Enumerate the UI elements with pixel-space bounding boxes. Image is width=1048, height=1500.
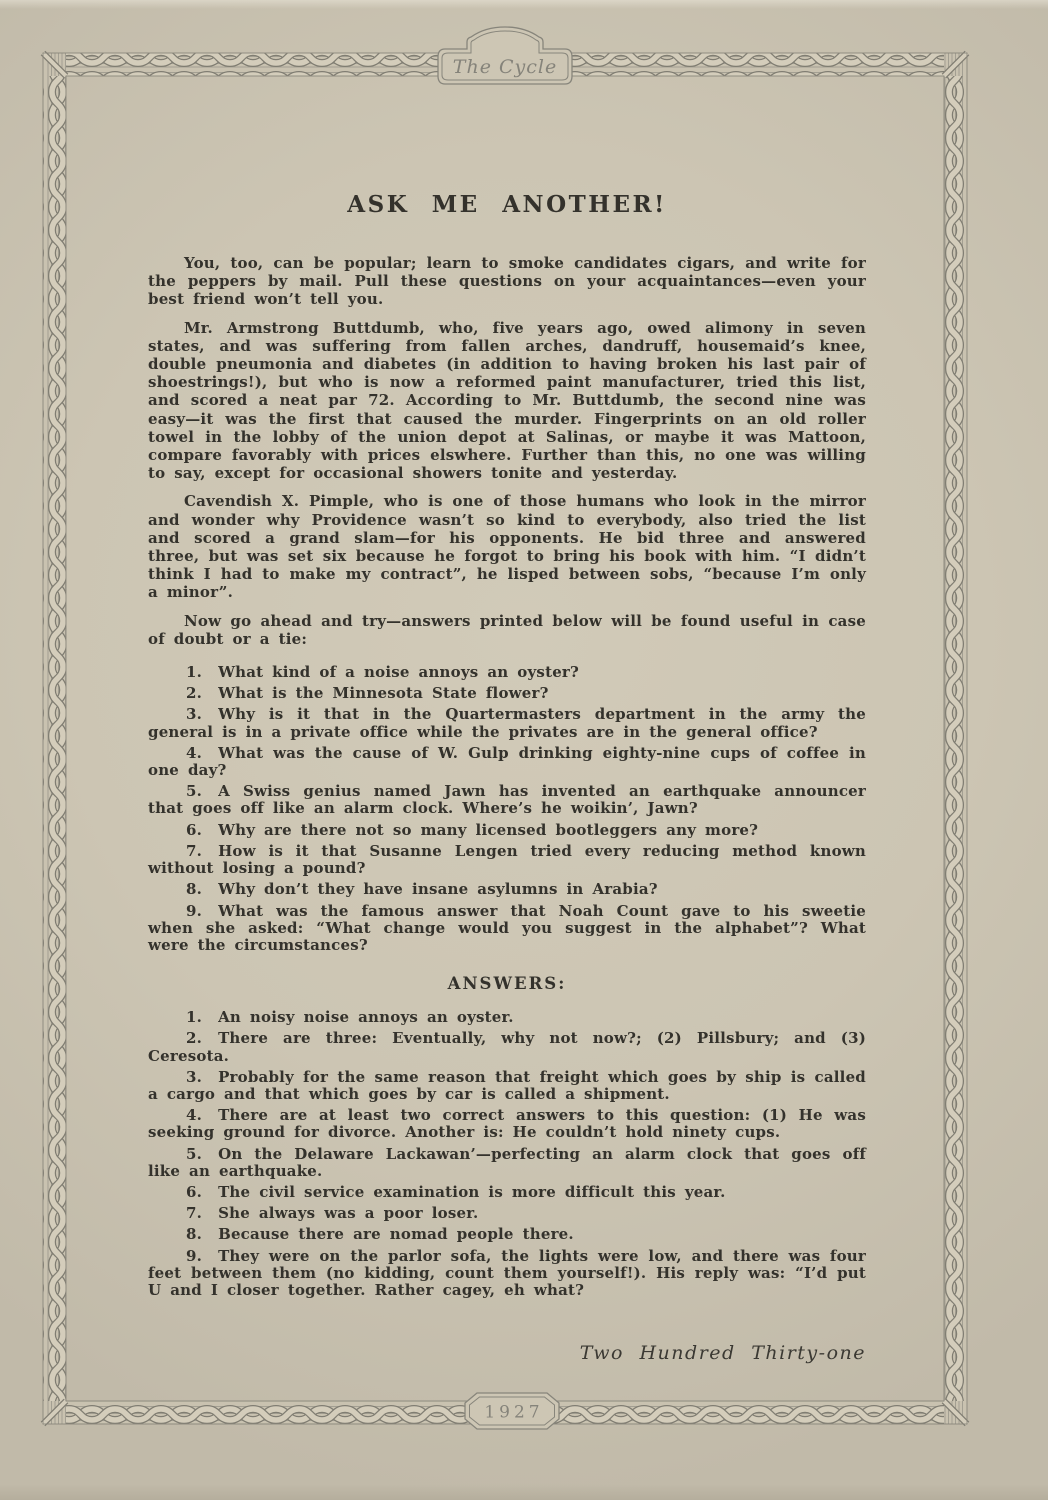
question-number: 7. — [186, 842, 202, 860]
question-item: 7.How is it that Susanne Lengen tried ev… — [148, 843, 866, 877]
question-text: Why are there not so many licensed bootl… — [218, 821, 758, 839]
question-text: Why is it that in the Quartermasters dep… — [148, 705, 866, 740]
answer-number: 3. — [186, 1068, 202, 1086]
question-text: A Swiss genius named Jawn has invented a… — [148, 782, 866, 817]
question-number: 4. — [186, 744, 202, 762]
answer-text: An noisy noise annoys an oyster. — [218, 1008, 514, 1026]
intro-paragraph: Now go ahead and try—answers printed bel… — [148, 612, 866, 648]
article-content: ASK ME ANOTHER! You, too, can be popular… — [148, 192, 866, 1303]
question-text: What was the cause of W. Gulp drinking e… — [148, 744, 866, 779]
yearbook-page: The Cycle 1927 ASK ME ANOTHER! You, too,… — [0, 0, 1048, 1500]
question-item: 3.Why is it that in the Quartermasters d… — [148, 706, 866, 740]
answer-item: 1.An noisy noise annoys an oyster. — [148, 1009, 866, 1026]
question-number: 2. — [186, 684, 202, 702]
answer-number: 2. — [186, 1029, 202, 1047]
question-number: 8. — [186, 880, 202, 898]
year-label: 1927 — [484, 1403, 543, 1423]
question-item: 5.A Swiss genius named Jawn has invented… — [148, 783, 866, 817]
answer-item: 6.The civil service examination is more … — [148, 1184, 866, 1201]
answer-text: They were on the parlor sofa, the lights… — [148, 1247, 866, 1299]
question-number: 3. — [186, 705, 202, 723]
question-text: What is the Minnesota State flower? — [218, 684, 549, 702]
answer-number: 9. — [186, 1247, 202, 1265]
answer-number: 5. — [186, 1145, 202, 1163]
question-text: What kind of a noise annoys an oyster? — [218, 663, 579, 681]
answer-text: The civil service examination is more di… — [218, 1183, 725, 1201]
answer-text: Because there are nomad people there. — [218, 1225, 574, 1243]
questions-list: 1.What kind of a noise annoys an oyster?… — [148, 664, 866, 954]
question-item: 9.What was the famous answer that Noah C… — [148, 903, 866, 955]
question-item: 8.Why don’t they have insane asylumns in… — [148, 881, 866, 898]
article-title: ASK ME ANOTHER! — [148, 192, 866, 218]
banner-title: The Cycle — [453, 56, 557, 78]
intro-paragraph: Cavendish X. Pimple, who is one of those… — [148, 492, 866, 601]
question-number: 1. — [186, 663, 202, 681]
answer-item: 4.There are at least two correct answers… — [148, 1107, 866, 1141]
intro-paragraph: You, too, can be popular; learn to smoke… — [148, 254, 866, 309]
answer-number: 1. — [186, 1008, 202, 1026]
question-number: 6. — [186, 821, 202, 839]
question-item: 2.What is the Minnesota State flower? — [148, 685, 866, 702]
answer-item: 7.She always was a poor loser. — [148, 1205, 866, 1222]
answer-item: 3.Probably for the same reason that frei… — [148, 1069, 866, 1103]
question-item: 4.What was the cause of W. Gulp drinking… — [148, 745, 866, 779]
question-number: 5. — [186, 782, 202, 800]
question-text: How is it that Susanne Lengen tried ever… — [148, 842, 866, 877]
answer-text: On the Delaware Lackawan’—perfecting an … — [148, 1145, 866, 1180]
answers-list: 1.An noisy noise annoys an oyster. 2.The… — [148, 1009, 866, 1299]
question-item: 1.What kind of a noise annoys an oyster? — [148, 664, 866, 681]
answer-number: 4. — [186, 1106, 202, 1124]
answer-item: 9.They were on the parlor sofa, the ligh… — [148, 1248, 866, 1300]
answer-text: There are at least two correct answers t… — [148, 1106, 866, 1141]
answer-text: Probably for the same reason that freigh… — [148, 1068, 866, 1103]
answer-item: 8.Because there are nomad people there. — [148, 1226, 866, 1243]
answer-text: There are three: Eventually, why not now… — [148, 1029, 866, 1064]
cycle-banner-plaque: The Cycle — [438, 27, 572, 84]
answers-heading: ANSWERS: — [148, 974, 866, 993]
intro-paragraph: Mr. Armstrong Buttdumb, who, five years … — [148, 319, 866, 483]
year-plaque: 1927 — [465, 1393, 559, 1429]
question-text: Why don’t they have insane asylumns in A… — [218, 880, 658, 898]
answer-number: 6. — [186, 1183, 202, 1201]
answer-item: 5.On the Delaware Lackawan’—perfecting a… — [148, 1146, 866, 1180]
page-number: Two Hundred Thirty-one — [580, 1342, 866, 1364]
answer-text: She always was a poor loser. — [218, 1204, 478, 1222]
question-text: What was the famous answer that Noah Cou… — [148, 902, 866, 954]
question-number: 9. — [186, 902, 202, 920]
question-item: 6.Why are there not so many licensed boo… — [148, 822, 866, 839]
answer-item: 2.There are three: Eventually, why not n… — [148, 1030, 866, 1064]
answer-number: 8. — [186, 1225, 202, 1243]
answer-number: 7. — [186, 1204, 202, 1222]
